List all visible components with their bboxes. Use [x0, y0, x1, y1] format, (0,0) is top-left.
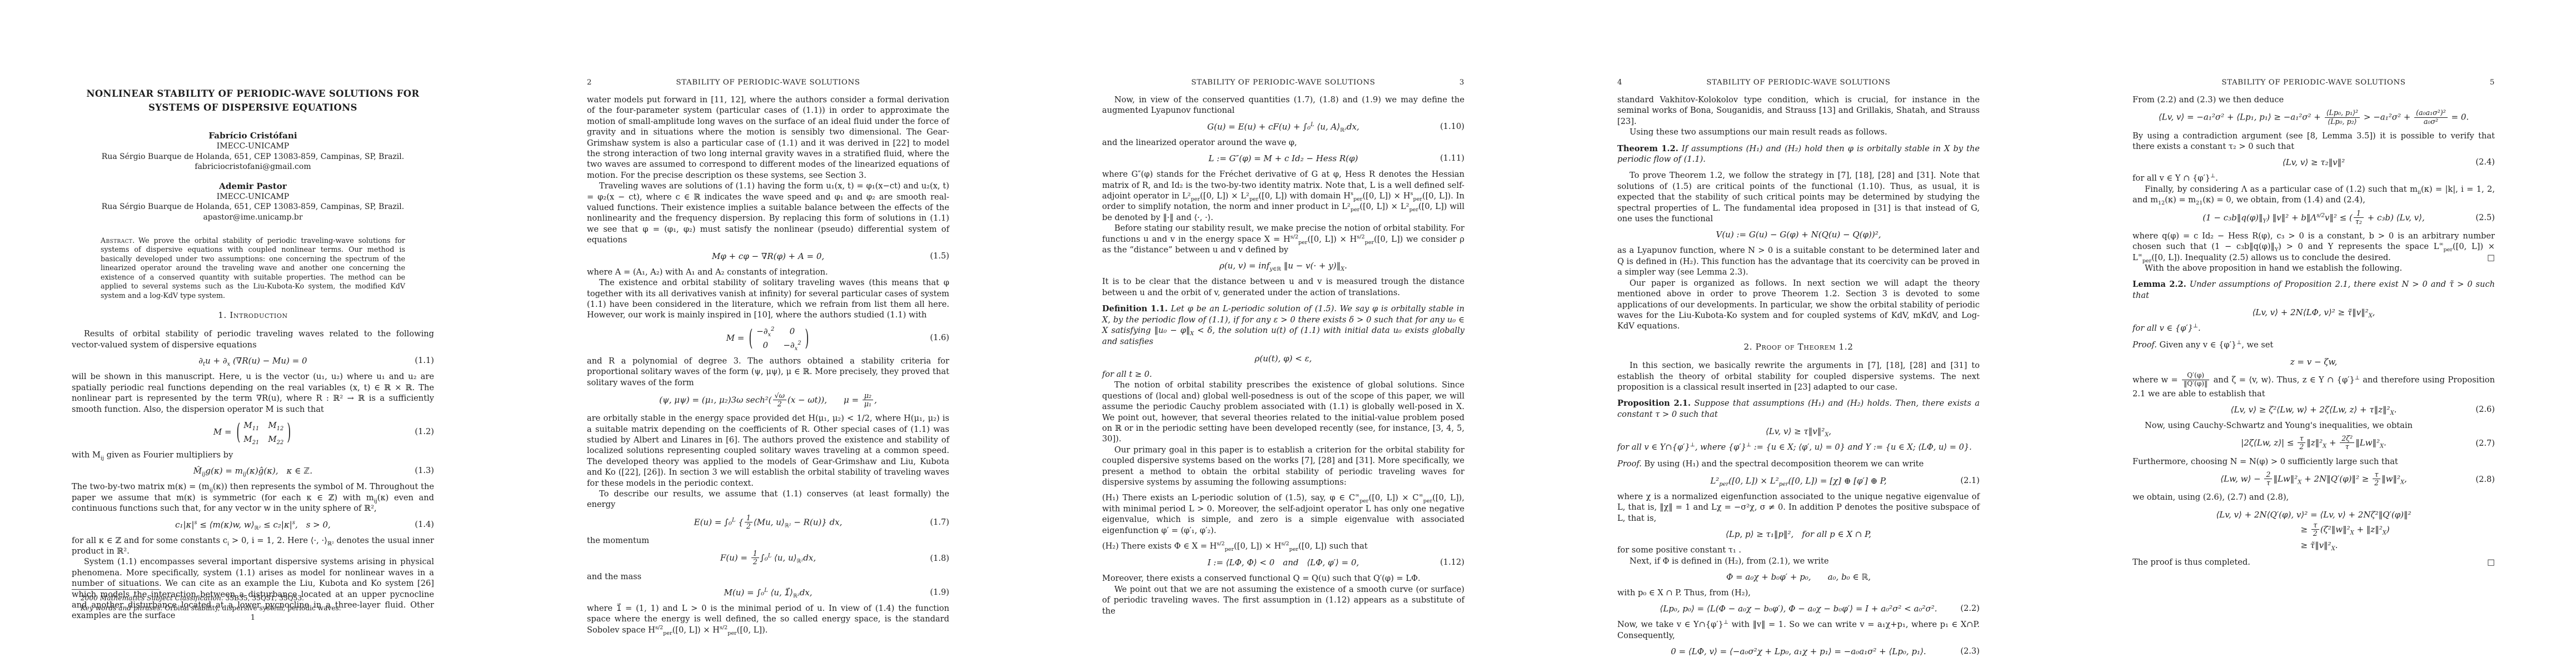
qed-symbol: □	[2487, 557, 2495, 568]
page-3: STABILITY OF PERIODIC-WAVE SOLUTIONS3Now…	[1030, 0, 1546, 667]
superscript: ⊥	[1746, 442, 1751, 448]
page-number-right: 3	[1446, 78, 1464, 87]
display-equation: z = v − ζw,	[2132, 356, 2495, 368]
page-number-left: 2	[587, 78, 606, 87]
author-affiliation-line: fabriciocristofani@gmail.com	[72, 162, 434, 172]
equation-line: ≥ τ2(ζ²‖w‖²X + ‖z‖²X)	[2216, 522, 2411, 538]
proof-block: Proof. By using (H₁) and the spectral de…	[1617, 459, 1980, 469]
display-equation: (1 − c₃b‖q(φ)‖Y) ‖v‖² + b‖Λs/2v‖² ≤ (1τ₂…	[2132, 210, 2495, 226]
superscript: L	[1311, 122, 1314, 128]
paragraph: for all t ≥ 0.	[1102, 369, 1464, 380]
fraction: τ2	[2298, 435, 2305, 451]
display-equation: E(u) = ∫₀L {12⟨Mu, u⟩ℝ² − R(u)} dx,(1.7)	[587, 515, 949, 531]
matrix-cell: 0	[783, 325, 801, 337]
paragraph: as a Lyapunov function, where N > 0 is a…	[1617, 245, 1980, 277]
equation: Mφ + cφ − ∇R(φ) + A = 0,	[695, 250, 841, 262]
paragraph: where A = (A₁, A₂) with A₁ and A₂ consta…	[587, 267, 949, 277]
subscript: X	[2380, 444, 2384, 450]
subscript: X	[2323, 444, 2326, 450]
superscript: L	[764, 588, 768, 594]
equation: M(u) = ∫₀L ⟨u, 1⃗⟩ℝ²dx,	[707, 586, 829, 599]
subscript: ℝ²	[255, 525, 261, 531]
fraction-numerator: τ	[2298, 435, 2305, 443]
matrix-lhs: M =	[213, 426, 232, 438]
superscript: ⊥	[2193, 323, 2198, 329]
page-number-right	[1961, 78, 1980, 87]
paragraph: The notion of orbital stability prescrib…	[1102, 380, 1464, 444]
paragraph: and the linearized operator around the w…	[1102, 137, 1464, 148]
page-body: From (2.2) and (2.3) we then deduce⟨Lv, …	[2132, 94, 2495, 568]
proof-label: Proof.	[2132, 340, 2157, 350]
subscript: Y	[2275, 247, 2278, 253]
footnote-text: Orbital stability, dispersive system, pe…	[162, 604, 341, 612]
equation-number: (1.1)	[415, 355, 434, 367]
display-equation: M(u) = ∫₀L ⟨u, 1⃗⟩ℝ²dx,(1.9)	[587, 586, 949, 599]
paragraph: To describe our results, we assume that …	[587, 489, 949, 510]
display-equation: ⟨Lv, v⟩ ≥ τ₂‖v‖²(2.4)	[2132, 156, 2495, 168]
paragraph: for some positive constant τ₁ .	[1617, 545, 1980, 555]
document-canvas: arXiv:2002.03245v2 [math.AP] 12 Feb 2020…	[0, 0, 2576, 667]
fraction: Q′(φ)‖Q′(φ)‖	[2182, 372, 2209, 387]
paragraph: Using these two assumptions our main res…	[1617, 127, 1980, 137]
superscript: s/2	[2316, 212, 2325, 218]
running-title: STABILITY OF PERIODIC-WAVE SOLUTIONS	[1121, 78, 1446, 87]
proof-block: Proof. Given any v ∈ {φ′}⊥, we set	[2132, 340, 2495, 350]
display-equation: ⟨Lv, v⟩ ≥ τ‖v‖²X,	[1617, 425, 1980, 437]
author-affiliation-line: Rua Sérgio Buarque de Holanda, 651, CEP …	[72, 202, 434, 212]
fraction-numerator: τ	[2373, 471, 2380, 479]
equation: (1 − c₃b‖q(φ)‖Y) ‖v‖² + b‖Λs/2v‖² ≤ (1τ₂…	[2186, 210, 2442, 226]
paragraph: Before stating our stability result, we …	[1102, 223, 1464, 255]
subscript: ii	[2418, 190, 2421, 196]
page-body: standard Vakhitov-Kolokolov type conditi…	[1617, 94, 1980, 662]
subscript: per	[1289, 546, 1298, 552]
equation-line: ≥ τ̃‖v‖²X.	[2216, 539, 2411, 551]
subscript: per	[1719, 481, 1728, 487]
subscript: x	[227, 361, 231, 367]
superscript: s	[292, 520, 295, 526]
equation-number: (2.3)	[1960, 645, 1980, 658]
fraction-numerator: 1	[2354, 210, 2364, 218]
fraction-numerator: 1	[751, 550, 759, 558]
author-name: Ademir Pastor	[72, 181, 434, 192]
paragraph: for all v ∈ {φ′}⊥.	[2132, 323, 2495, 333]
subscript: X	[2383, 530, 2386, 536]
subscript: X	[2350, 530, 2354, 536]
proof-label: Proof.	[1617, 459, 1642, 469]
page-header: 2STABILITY OF PERIODIC-WAVE SOLUTIONS	[587, 78, 949, 87]
footnotes: 2000 Mathematics Subject Classification.…	[72, 589, 434, 613]
equation-number: (2.6)	[2475, 404, 2495, 416]
display-equation: c₁|κ|s ≤ ⟨m(κ)w, w⟩ℝ² ≤ c₂|κ|s, s > 0,(1…	[72, 519, 434, 531]
author-affiliation-line: IMECC-UNICAMP	[72, 192, 434, 202]
display-equation: ∂tu + ∂x (∇R(u) − Mu) = 0(1.1)	[72, 355, 434, 367]
fraction-numerator: 2	[2264, 471, 2272, 479]
equation: E(u) = ∫₀L {12⟨Mu, u⟩ℝ² − R(u)} dx,	[677, 515, 859, 531]
paragraph: where G″(φ) stands for the Fréchet deriv…	[1102, 169, 1464, 223]
fraction: √ω2	[773, 392, 786, 408]
fraction-denominator: 2	[745, 522, 753, 530]
matrix-cell: M12	[268, 419, 283, 431]
footnote: 2000 Mathematics Subject Classification.…	[72, 594, 434, 604]
paragraph: Our paper is organized as follows. In ne…	[1617, 278, 1980, 332]
matrix-cell: 0	[756, 339, 774, 351]
fraction: 2ζ²τ	[2340, 435, 2354, 451]
section-heading: 2. Proof of Theorem 1.2	[1617, 342, 1980, 352]
superscript: s/2	[655, 625, 663, 631]
superscript: ⊥	[2355, 375, 2360, 381]
equation-number: (1.10)	[1440, 121, 1464, 133]
equation-number: (2.1)	[1960, 475, 1980, 487]
matrix-cell: −∂x2	[783, 339, 801, 351]
page-number-right	[930, 78, 949, 87]
fraction-numerator: (a₀a₁σ²)²	[2414, 109, 2448, 117]
fraction-denominator: 2	[2373, 479, 2380, 487]
equation-number: (2.7)	[2475, 437, 2495, 450]
superscript: 2	[771, 326, 774, 332]
superscript: ⊥	[1723, 620, 1728, 626]
paragraph: The proof is thus completed. □	[2132, 557, 2495, 568]
theorem-block: Proposition 2.1. Suppose that assumption…	[1617, 398, 1980, 420]
subscript: x	[795, 346, 798, 352]
paragraph: (H₂) There exists Φ ∈ X = Hs/2per([0, L]…	[1102, 541, 1464, 551]
paragraph: With the above proposition in hand we es…	[2132, 263, 2495, 273]
matrix-equation: M =(M11M12M21M22)	[197, 419, 309, 445]
paragraph: To prove Theorem 1.2, we follow the stra…	[1617, 170, 1980, 224]
superscript: ∞	[1419, 493, 1423, 499]
subscript: per	[2444, 247, 2453, 253]
page-5: STABILITY OF PERIODIC-WAVE SOLUTIONS5Fro…	[2061, 0, 2576, 667]
subscript: ℝ²	[785, 522, 791, 529]
equation-number: (1.2)	[415, 426, 434, 438]
paragraph: It is to be clear that the distance betw…	[1102, 276, 1464, 298]
equation-number: (2.8)	[2475, 474, 2495, 486]
subscript: X	[1825, 432, 1828, 438]
equation-number: (1.3)	[415, 465, 434, 477]
fraction-denominator: 2	[2311, 530, 2319, 537]
paragraph: The existence and orbital stability of s…	[587, 277, 949, 321]
subscript: ℝ²	[797, 559, 804, 565]
page-body: water models put forward in [11, 12], wh…	[587, 94, 949, 635]
matrix-open-paren: (	[747, 322, 755, 355]
title-line: SYSTEMS OF DISPERSIVE EQUATIONS	[72, 101, 434, 115]
display-equation: ⟨Lv, v⟩ + 2N⟨Q′(φ), v⟩² = ⟨Lv, v⟩ + 2Nζ²…	[2132, 507, 2495, 552]
paragraph: for all v ∈ Υ ∩ {φ′}⊥.	[2132, 173, 2495, 183]
page-2: 2STABILITY OF PERIODIC-WAVE SOLUTIONSwat…	[515, 0, 1030, 667]
equation: ρ(u, v) = infy∈ℝ ‖u − v(· + y)‖X.	[1203, 260, 1364, 272]
display-equation: Mφ + cφ − ∇R(φ) + A = 0,(1.5)	[587, 250, 949, 262]
subscript: per	[1225, 546, 1234, 552]
display-equation: ρ(u, v) = infy∈ℝ ‖u − v(· + y)‖X.	[1102, 260, 1464, 272]
subscript: 12	[277, 426, 284, 432]
equation: ρ(u(t), φ) < ε,	[1238, 352, 1329, 365]
fraction-numerator: μ₂	[863, 392, 873, 400]
subscript: X	[2369, 313, 2373, 319]
display-equation: ⟨Lp₀, p₀⟩ = ⟨L(Φ − a₀χ − b₀φ′), Φ − a₀χ …	[1617, 603, 1980, 615]
fraction-denominator: 2	[773, 400, 786, 408]
subscript: X	[1341, 266, 1344, 272]
proof-text: Given any v ∈ {φ′}⊥, we set	[2160, 340, 2274, 350]
page-number-left	[2132, 78, 2151, 87]
footnote-rule	[72, 589, 160, 590]
paragraph: and R a polynomial of degree 3. The auth…	[587, 356, 949, 388]
subscript: t	[203, 361, 205, 367]
paragraph: water models put forward in [11, 12], wh…	[587, 94, 949, 181]
display-equation: Φ = a₀χ + b₀φ′ + p₀, a₀, b₀ ∈ ℝ,	[1617, 571, 1980, 583]
equation-number: (2.4)	[2475, 156, 2495, 168]
equation: ∂tu + ∂x (∇R(u) − Mu) = 0	[182, 355, 323, 367]
subscript: per	[1353, 196, 1362, 202]
abstract-text: We prove the orbital stability of period…	[101, 236, 405, 300]
paragraph: Finally, by considering Λ as a particula…	[2132, 184, 2495, 206]
subscript: per	[1413, 196, 1422, 202]
proof-text: By using (H₁) and the spectral decomposi…	[1645, 459, 1924, 469]
superscript: s/2	[1291, 234, 1298, 240]
paragraph: and the mass	[587, 571, 949, 582]
superscript: 2	[798, 340, 801, 346]
equation-number: (1.6)	[930, 332, 949, 344]
display-equation: L := G″(φ) = M + c Id₂ − Hess R(φ)(1.11)	[1102, 152, 1464, 165]
display-equation: L²per([0, L]) × L²per([0, L]) = [χ] ⊕ [φ…	[1617, 475, 1980, 487]
page-footer-number: 1	[72, 614, 434, 622]
equation: z = v − ζw,	[2274, 356, 2354, 368]
paragraph: Our primary goal in this paper is to est…	[1102, 445, 1464, 488]
paper-title: NONLINEAR STABILITY OF PERIODIC-WAVE SOL…	[72, 87, 434, 115]
display-equation: M =(M11M12M21M22)(1.2)	[72, 419, 434, 445]
superscript: s/2	[720, 625, 728, 631]
theorem-label: Proposition 2.1.	[1617, 399, 1691, 408]
subscript: ij	[374, 498, 377, 504]
running-title: STABILITY OF PERIODIC-WAVE SOLUTIONS	[1636, 78, 1961, 87]
fraction-numerator: ⟨Lp₀, p₁⟩²	[2325, 109, 2360, 117]
equation: ⟨Lv, v⟩ ≥ τ‖v‖²X,	[1749, 425, 1848, 437]
footnote: Key words and phrases. Orbital stability…	[72, 604, 434, 614]
equation: ⟨Lv, v⟩ + 2N⟨LΦ, v⟩² ≥ τ̃‖v‖²X,	[2236, 306, 2392, 318]
fraction-denominator: τ	[2340, 443, 2354, 451]
display-equation: V(u) := G(u) − G(φ) + N(Q(u) − Q(φ))²,	[1617, 228, 1980, 241]
equation-number: (1.12)	[1440, 556, 1464, 569]
display-equation: (ψ, μψ) = (μ₁, μ₂)3ω sech²(√ω2(x − ωt)),…	[587, 392, 949, 409]
fraction-numerator: √ω	[773, 392, 786, 400]
author-affiliation-line: apastor@ime.unicamp.br	[72, 212, 434, 223]
superscript: ∞	[2138, 252, 2142, 258]
subscript: i	[227, 540, 229, 546]
running-title: STABILITY OF PERIODIC-WAVE SOLUTIONS	[606, 78, 930, 87]
equation: M̂ijg(κ) = mij(κ)ĝ(κ), κ ∈ ℤ.	[177, 465, 329, 477]
paragraph: where q(φ) = c Id₂ − Hess R(φ), c₃ > 0 i…	[2132, 231, 2495, 263]
equation: ⟨Lv, v⟩ ≥ ζ²⟨Lw, w⟩ + 2ζ⟨Lw, z⟩ + τ‖z‖²X…	[2214, 404, 2414, 416]
display-equation: ⟨Lp, p⟩ ≥ τ₁‖p‖², for all p ∈ X ∩ P,	[1617, 528, 1980, 540]
subscript: per	[663, 630, 672, 636]
theorem-block: Lemma 2.2. Under assumptions of Proposit…	[2132, 279, 2495, 301]
equation: (ψ, μψ) = (μ₁, μ₂)3ω sech²(√ω2(x − ωt)),…	[642, 392, 894, 409]
paragraph: we obtain, using (2.6), (2.7) and (2.8),	[2132, 492, 2495, 502]
display-equation: ⟨Lv, v⟩ + 2N⟨LΦ, v⟩² ≥ τ̃‖v‖²X,	[2132, 306, 2495, 318]
equation: ⟨Lp, p⟩ ≥ τ₁‖p‖², for all p ∈ X ∩ P,	[1709, 528, 1888, 540]
paragraph: where χ is a normalized eigenfunction as…	[1617, 491, 1980, 524]
abstract-label: Abstract.	[101, 236, 135, 245]
paragraph: are orbitally stable in the energy space…	[587, 413, 949, 489]
equation-number: (1.4)	[415, 519, 434, 531]
subscript: per	[1191, 196, 1200, 202]
equation: L²per([0, L]) × L²per([0, L]) = [χ] ⊕ [φ…	[1693, 475, 1903, 487]
paragraph: The two-by-two matrix m(κ) = (mij(κ)) th…	[72, 481, 434, 514]
paragraph: the momentum	[587, 535, 949, 546]
matrix-lhs: M =	[726, 332, 745, 344]
subscript: per	[1779, 481, 1788, 487]
subscript: per	[1423, 498, 1432, 504]
subscript: X	[2331, 546, 2335, 552]
subscript: X	[1190, 331, 1194, 337]
paragraph: By using a contradiction argument (see […	[2132, 131, 2495, 152]
subscript: per	[1359, 498, 1368, 504]
equation: ⟨Lw, w⟩ − 2τ‖Lw‖²X + 2N‖Q′(φ)‖² ≥ τ2‖w‖²…	[2204, 471, 2424, 487]
subscript: 21	[2196, 200, 2203, 206]
footnote-text: 35B35, 35Q51, 35Q53.	[223, 594, 304, 602]
equation-number: (1.7)	[930, 516, 949, 529]
subscript: X	[2390, 410, 2394, 416]
paragraph: Traveling waves are solutions of (1.1) h…	[587, 181, 949, 245]
paragraph: for all κ ∈ ℤ and for some constants ci …	[72, 535, 434, 557]
author-affiliation-line: Rua Sérgio Buarque de Holanda, 651, CEP …	[72, 152, 434, 162]
equation: L := G″(φ) = M + c Id₂ − Hess R(φ)	[1192, 152, 1375, 165]
equation: V(u) := G(u) − G(φ) + N(Q(u) − Q(φ))²,	[1700, 228, 1898, 241]
fraction: τ2	[2311, 521, 2319, 537]
paragraph: Results of orbital stability of periodic…	[72, 328, 434, 350]
paragraph: (H₁) There exists an L-periodic solution…	[1102, 492, 1464, 536]
superscript: L	[732, 517, 736, 523]
page-body: NONLINEAR STABILITY OF PERIODIC-WAVE SOL…	[72, 83, 434, 621]
subscript: 12	[2158, 200, 2165, 206]
theorem-block: Definition 1.1. Let φ be an L-periodic s…	[1102, 303, 1464, 347]
footnote-label: 2000 Mathematics Subject Classification.	[81, 594, 223, 602]
matrix: −∂x200−∂x2	[754, 325, 803, 351]
subscript: 22	[277, 440, 284, 446]
display-equation: I := ⟨LΦ, Φ⟩ < 0 and ⟨LΦ, φ′⟩ = 0,(1.12)	[1102, 556, 1464, 569]
equation: I := ⟨LΦ, Φ⟩ < 0 and ⟨LΦ, φ′⟩ = 0,	[1191, 556, 1376, 569]
paragraph: From (2.2) and (2.3) we then deduce	[2132, 94, 2495, 105]
subscript: y∈ℝ	[1269, 266, 1281, 272]
subscript: 11	[252, 426, 260, 432]
author-affiliation-line: IMECC-UNICAMP	[72, 141, 434, 152]
fraction-denominator: ‖Q′(φ)‖	[2182, 380, 2209, 388]
page-number-left: 4	[1617, 78, 1636, 87]
equation: F(u) = 12∫₀L ⟨u, u⟩ℝ²dx,	[704, 550, 833, 566]
theorem-label: Lemma 2.2.	[2132, 280, 2186, 289]
theorem-block: Theorem 1.2. If assumptions (H₁) and (H₂…	[1617, 143, 1980, 165]
page-body: Now, in view of the conserved quantities…	[1102, 94, 1464, 616]
display-equation: 0 = ⟨LΦ, v⟩ = ⟨−a₀σ²χ + Lp₀, a₁χ + p₁⟩ =…	[1617, 645, 1980, 658]
subscript: per	[1351, 207, 1359, 213]
display-equation: M̂ijg(κ) = mij(κ)ĝ(κ), κ ∈ ℤ.(1.3)	[72, 465, 434, 477]
fraction-numerator: τ	[2311, 521, 2319, 530]
matrix-close-paren: )	[285, 416, 293, 449]
qed-symbol: □	[2487, 252, 2495, 263]
fraction: μ₂μ₁	[863, 392, 873, 408]
fraction: 12	[751, 550, 759, 566]
paragraph: Furthermore, choosing N = N(φ) > 0 suffi…	[2132, 456, 2495, 467]
equation-number: (2.5)	[2475, 212, 2495, 224]
paragraph: Moreover, there exists a conserved funct…	[1102, 573, 1464, 584]
subscript: per	[1249, 196, 1258, 202]
matrix-cell: M11	[243, 419, 259, 431]
matrix-open-paren: (	[234, 416, 242, 449]
superscript: L	[768, 553, 772, 559]
fraction-denominator: τ₂	[2354, 218, 2364, 226]
subscript: ℝ²	[793, 593, 800, 599]
theorem-text: Under assumptions of Proposition 2.1, th…	[2132, 280, 2495, 300]
superscript: s/2	[1357, 234, 1364, 240]
display-equation: ⟨Lv, v⟩ = −a₁²σ² + ⟨Lp₁, p₁⟩ ≥ −a₁²σ² + …	[2132, 109, 2495, 126]
page-4: 4STABILITY OF PERIODIC-WAVE SOLUTIONSsta…	[1546, 0, 2061, 667]
superscript: s	[195, 520, 197, 526]
paragraph: with p₀ ∈ X ∩ P. Thus, from (H₂),	[1617, 588, 1980, 598]
fraction: 12	[745, 514, 753, 530]
equation: ⟨Lv, v⟩ + 2N⟨Q′(φ), v⟩² = ⟨Lv, v⟩ + 2Nζ²…	[2199, 507, 2428, 552]
page-header: 4STABILITY OF PERIODIC-WAVE SOLUTIONS	[1617, 78, 1980, 87]
subscript: per	[1409, 207, 1418, 213]
author-name: Fabrício Cristófani	[72, 130, 434, 141]
subscript: ℝ²	[1340, 127, 1347, 133]
fraction-numerator: 2ζ²	[2340, 435, 2354, 443]
subscript: X	[2298, 480, 2301, 486]
fraction: (a₀a₁σ²)²a₀σ²	[2414, 109, 2448, 125]
display-equation: G(u) = E(u) + cF(u) + ∫₀L ⟨u, A⟩ℝ²dx,(1.…	[1102, 121, 1464, 133]
equation: 0 = ⟨LΦ, v⟩ = ⟨−a₀σ²χ + Lp₀, a₁χ + p₁⟩ =…	[1654, 645, 1942, 658]
paragraph: where 1⃗ = (1, 1) and L > 0 is the minim…	[587, 603, 949, 635]
paragraph: with Mij given as Fourier multipliers by	[72, 450, 434, 460]
fraction-numerator: Q′(φ)	[2182, 372, 2209, 380]
display-equation: M =(−∂x200−∂x2)(1.6)	[587, 325, 949, 351]
equation-number: (1.5)	[930, 250, 949, 262]
theorem-label: Theorem 1.2.	[1617, 144, 1678, 153]
superscript: ⊥	[2236, 340, 2241, 346]
superscript: s/2	[1281, 541, 1289, 547]
matrix: M11M12M21M22	[241, 419, 286, 445]
subscript: ij	[243, 471, 246, 477]
equation-number: (1.11)	[1440, 152, 1464, 165]
equation: c₁|κ|s ≤ ⟨m(κ)w, w⟩ℝ² ≤ c₂|κ|s, s > 0,	[158, 519, 347, 531]
subscript: per	[728, 630, 736, 636]
paragraph: for all v ∈ Υ∩{φ′}⊥, where {φ′}⊥ := {u ∈…	[1617, 442, 1980, 452]
fraction: 2τ	[2264, 471, 2272, 487]
subscript: ij	[210, 487, 213, 493]
fraction: τ2	[2373, 471, 2380, 487]
theorem-label: Definition 1.1.	[1102, 304, 1168, 313]
paragraph: Now, we take v ∈ Υ∩{φ′}⊥ with ‖v‖ = 1. S…	[1617, 619, 1980, 641]
paragraph: Next, if Φ is defined in (H₂), from (2.1…	[1617, 556, 1980, 566]
subscript: per	[1365, 240, 1374, 246]
subscript: ij	[101, 455, 104, 461]
superscript: ⊥	[1690, 442, 1695, 448]
equation: ⟨Lp₀, p₀⟩ = ⟨L(Φ − a₀χ − b₀φ′), Φ − a₀χ …	[1643, 603, 1954, 615]
fraction-denominator: ⟨Lp₀, p₂⟩	[2325, 118, 2360, 126]
subscript: X	[2400, 480, 2404, 486]
matrix-cell: M21	[243, 433, 259, 445]
abstract: Abstract. We prove the orbital stability…	[101, 236, 405, 301]
fraction-denominator: μ₁	[863, 400, 873, 408]
subscript: Y	[2263, 218, 2267, 224]
display-equation: ρ(u(t), φ) < ε,	[1102, 352, 1464, 365]
page-1: NONLINEAR STABILITY OF PERIODIC-WAVE SOL…	[0, 0, 515, 667]
section-heading: 1. Introduction	[72, 310, 434, 321]
superscript: s/2	[1217, 541, 1224, 547]
equation-number: (2.2)	[1960, 603, 1980, 615]
fraction: ⟨Lp₀, p₁⟩²⟨Lp₀, p₂⟩	[2325, 109, 2360, 125]
fraction-numerator: 1	[745, 514, 753, 522]
paragraph: will be shown in this manuscript. Here, …	[72, 371, 434, 415]
subscript: x	[768, 332, 771, 338]
